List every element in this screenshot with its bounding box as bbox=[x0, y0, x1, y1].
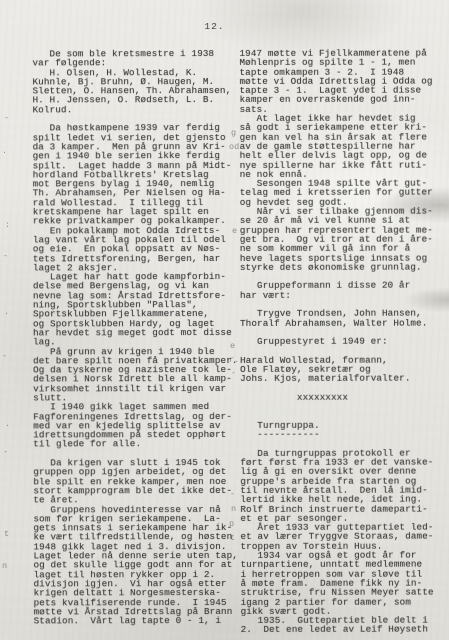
text-line: 2. Det ene ledet av Leif Høyseth bbox=[241, 625, 449, 635]
scan-artifact: e bbox=[232, 226, 237, 236]
text-line: kamper en overraskende god inn- bbox=[240, 95, 449, 105]
text-line: har hevdet sig meget godt mot disse bbox=[33, 328, 235, 338]
scan-artifact: p bbox=[229, 519, 234, 529]
column-left: De som ble kretsmestre i 1938var følgend… bbox=[32, 49, 235, 626]
scan-artifact: t bbox=[230, 533, 235, 543]
scan-artifact: - bbox=[3, 251, 8, 261]
scan-artifact: . bbox=[2, 146, 7, 156]
scan-artifact: : bbox=[5, 220, 10, 230]
scan-artifact: n bbox=[2, 561, 7, 571]
text-line: har vært: bbox=[240, 290, 449, 300]
scan-artifact: t bbox=[4, 529, 9, 539]
text-line: Thoralf Abrahamsen, Walter Holme. bbox=[240, 318, 449, 328]
scan-artifact: - bbox=[4, 113, 9, 123]
scan-artifact: - bbox=[230, 489, 235, 499]
text-line: til glede for alle. bbox=[33, 439, 235, 449]
scan-artifact: . bbox=[4, 307, 9, 317]
page-number: 12. bbox=[204, 21, 224, 32]
scan-artifact: od bbox=[229, 142, 239, 152]
text-line: Johs. Kjos, materialforvalter. bbox=[240, 374, 449, 384]
scan-artifact: - bbox=[3, 447, 8, 457]
scan-artifact: e bbox=[230, 341, 235, 351]
scan-artifact: - bbox=[231, 368, 236, 378]
column-right: 1947 møtte vi Fjellkammeratene påMøhlenp… bbox=[239, 49, 449, 635]
scan-artifact: - bbox=[2, 351, 7, 361]
scan-artifact: g bbox=[231, 128, 236, 138]
text-line: Stadion. Vårt lag tapte 0 - 1, i bbox=[34, 616, 236, 626]
scan-artifact: . bbox=[5, 419, 10, 429]
text-line: xxxxxxxxx bbox=[240, 393, 449, 403]
text-line: Kolrud. bbox=[33, 105, 235, 115]
text-line bbox=[240, 402, 449, 412]
text-line: ----------- bbox=[240, 430, 449, 440]
scan-artifact: n bbox=[231, 504, 236, 514]
scan-artifact: r. bbox=[229, 355, 239, 365]
text-line: styrke dets økonomiske grunnlag. bbox=[240, 262, 449, 272]
text-line: Gruppestyret i 1949 er: bbox=[240, 337, 449, 347]
document-text-layer: 12. De som ble kretsmestre i 1938var føl… bbox=[0, 0, 449, 640]
